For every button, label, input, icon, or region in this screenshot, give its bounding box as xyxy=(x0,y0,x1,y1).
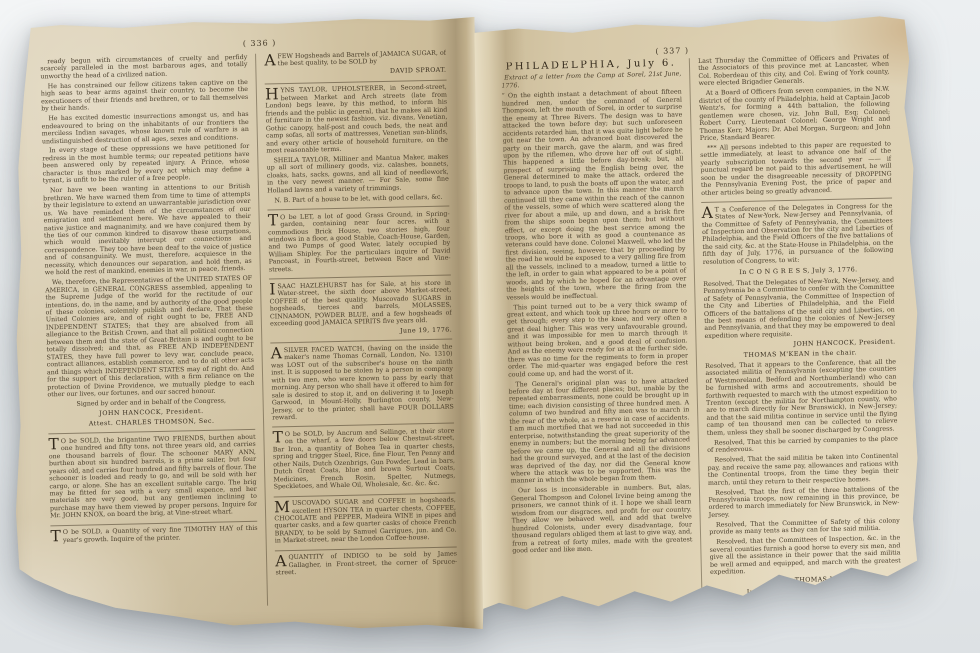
text-block: June 19, 1776. xyxy=(270,327,452,338)
text-block: In C O N G R E S S, July 3, 1776. xyxy=(703,265,894,277)
text-block: A QUANTITY of INDIGO to be sold by James… xyxy=(275,546,457,577)
text-block: AT a Conference of the Delegates in Cong… xyxy=(701,198,893,267)
text-block: PHILADELPHIA, July 6. xyxy=(501,59,681,71)
text-block: This point turned out to be a very thick… xyxy=(507,300,689,379)
text-block: The General's original plan was to have … xyxy=(508,377,691,486)
text-block: Resolved, That this be carried by compan… xyxy=(707,435,898,454)
right-page: ( 337 ) PHILADELPHIA, July 6.Extract of … xyxy=(473,11,933,621)
text-block: Nor have we been wanting in attentions t… xyxy=(43,183,252,277)
left-page: ( 336 ) ready begun with circumstances o… xyxy=(4,15,483,635)
text-block: TO be SOLD, by Ancrum and Sellinge, at t… xyxy=(272,423,455,491)
drop-cap: A xyxy=(275,555,286,567)
text-block: ISAAC HAZLEHURST has for Sale, at his st… xyxy=(269,275,452,328)
photo-background: ( 336 ) ready begun with circumstances o… xyxy=(0,0,980,653)
left-page-column-1: ready begun with circumstances of cruelt… xyxy=(40,54,267,611)
text-block: In every stage of these oppressions we h… xyxy=(42,143,250,185)
text-block: Resolved, That the first of the three ba… xyxy=(708,485,899,519)
drop-cap: T xyxy=(50,530,61,542)
text-block: Extract of a letter from the Camp at Sor… xyxy=(501,71,681,90)
right-page-columns: PHILADELPHIA, July 6.Extract of a letter… xyxy=(501,54,902,603)
text-block: THOMAS M'KEAN, Chairman. xyxy=(710,574,901,586)
text-block: SHEILA TAYLOR, Milliner and Mantua Maker… xyxy=(266,153,449,194)
text-block: TO be LET, a lot of good Grass Ground, i… xyxy=(268,206,451,274)
left-page-column-2: A FEW Hogsheads and Barrels of JAMAICA S… xyxy=(255,50,458,606)
page-number-left: ( 336 ) xyxy=(243,38,277,48)
text-block: Resolved, That the Committee of Safety o… xyxy=(709,517,900,536)
drop-cap: H xyxy=(265,88,279,100)
page-number-right: ( 337 ) xyxy=(655,46,689,56)
drop-cap: M xyxy=(274,501,290,513)
text-block: Our loss is inconsiderable in numbers. B… xyxy=(511,484,693,555)
text-block: DAVID SPROAT. xyxy=(265,67,447,78)
drop-cap: T xyxy=(48,438,59,450)
text-block: Last Thursday the Committee of Officers … xyxy=(698,54,889,88)
text-block: Resolved, That the said militia be taken… xyxy=(707,453,898,487)
text-block: TO be SOLD, a Quantity of very fine TIMO… xyxy=(50,521,258,545)
drop-cap: A xyxy=(271,348,282,360)
text-block: He has constrained our fellow citizens t… xyxy=(41,79,249,113)
drop-cap: T xyxy=(272,432,283,444)
newspaper-spread: ( 336 ) ready begun with circumstances o… xyxy=(0,0,980,653)
text-block: In C O N G R E S S, July 5, 1776. xyxy=(711,585,902,597)
text-block: A SILVER FACED WATCH, (having on the ins… xyxy=(271,339,454,422)
right-page-column-1: PHILADELPHIA, July 6.Extract of a letter… xyxy=(501,58,702,602)
right-page-column-2: Last Thursday the Committee of Officers … xyxy=(689,54,901,599)
text-block: At a Board of Officers from seven compan… xyxy=(699,86,891,143)
drop-cap: A xyxy=(701,207,712,219)
drop-cap: I xyxy=(269,284,275,296)
text-block: Resolved, That the Committees of Inspect… xyxy=(711,596,902,598)
left-page-columns: ready begun with circumstances of cruelt… xyxy=(40,50,458,611)
text-block: Resolved, that the Committees of Inspect… xyxy=(709,535,901,577)
text-block: ready begun with circumstances of cruelt… xyxy=(40,54,248,81)
text-block: MUSCOVADO SUGAR and COFFEE in hogsheads,… xyxy=(274,492,457,545)
drop-cap: T xyxy=(268,214,279,226)
text-block: HYNS TAYLOR, UPHOLSTERER, in Second-stre… xyxy=(265,79,448,155)
text-block: “ On the eighth instant a detachment of … xyxy=(502,89,687,302)
text-block: We, therefore, the Representatives of th… xyxy=(45,275,255,399)
drop-cap: A xyxy=(264,54,275,66)
text-block: He has excited domestic insurrections am… xyxy=(41,111,249,145)
text-block: Resolved, That it appears to the Confere… xyxy=(705,358,898,437)
text-block: TO be SOLD, the brigantine TWO FRIENDS, … xyxy=(48,429,257,520)
text-block: Attest. CHARLES THOMSON, Sec. xyxy=(48,417,255,429)
text-block: A FEW Hogsheads and Barrels of JAMAICA S… xyxy=(264,50,446,69)
text-block: *** All persons indebted to this paper a… xyxy=(700,140,892,197)
text-block: Resolved, That the Delegates of New-York… xyxy=(703,276,895,340)
text-block: N. B. Part of a house to be let, with go… xyxy=(267,193,449,204)
